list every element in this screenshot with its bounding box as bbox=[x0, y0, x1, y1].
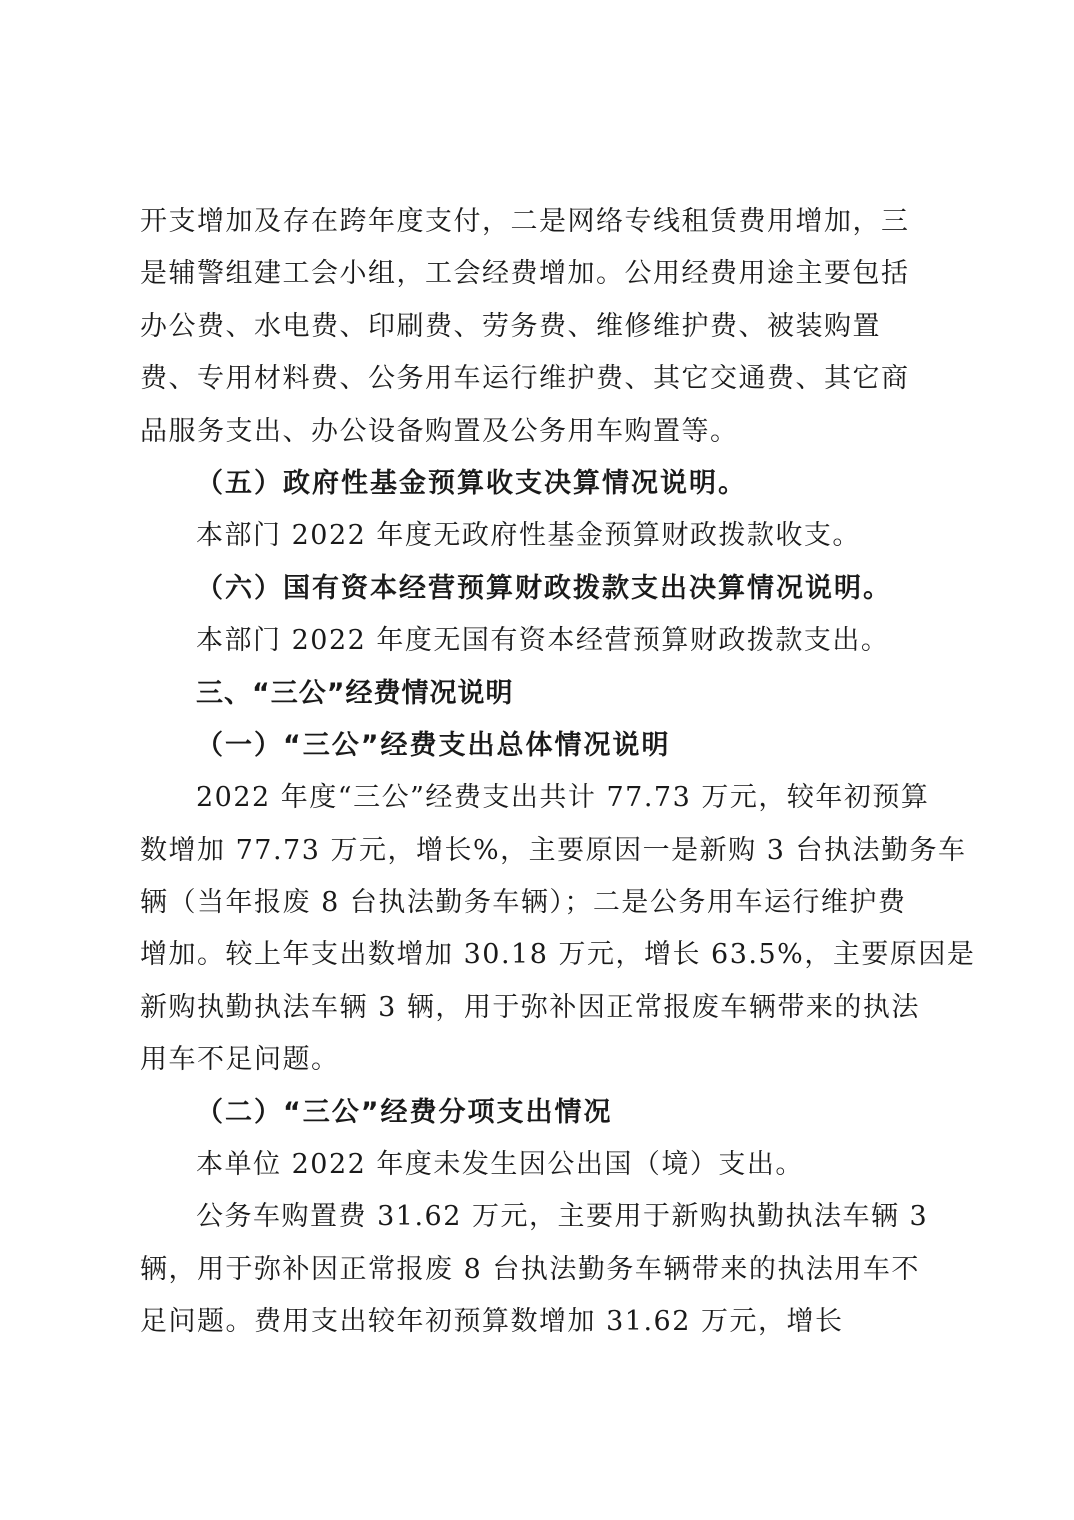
text-line: 办公费、水电费、印刷费、劳务费、维修维护费、被装购置 bbox=[140, 301, 940, 353]
document-page: 开支增加及存在跨年度支付，二是网络专线租赁费用增加，三 是辅警组建工会小组，工会… bbox=[140, 196, 940, 1349]
text-line: 费、专用材料费、公务用车运行维护费、其它交通费、其它商 bbox=[140, 353, 940, 405]
section-5-heading: （五）政府性基金预算收支决算情况说明。 bbox=[140, 458, 940, 510]
subsection-2-heading: （二）“三公”经费分项支出情况 bbox=[140, 1087, 940, 1139]
text-line: 品服务支出、办公设备购置及公务用车购置等。 bbox=[140, 406, 940, 458]
subsection-2-para-1: 本单位 2022 年度未发生因公出国（境）支出。 bbox=[140, 1139, 940, 1191]
section-6-body: 本部门 2022 年度无国有资本经营预算财政拨款支出。 bbox=[140, 615, 940, 667]
paragraph-public-expenses: 开支增加及存在跨年度支付，二是网络专线租赁费用增加，三 是辅警组建工会小组，工会… bbox=[140, 196, 940, 458]
text-line: 新购执勤执法车辆 3 辆，用于弥补因正常报废车辆带来的执法 bbox=[140, 982, 940, 1034]
text-line: 2022 年度“三公”经费支出共计 77.73 万元，较年初预算 bbox=[140, 772, 940, 824]
section-5-body: 本部门 2022 年度无政府性基金预算财政拨款收支。 bbox=[140, 510, 940, 562]
paragraph-three-public-overall: 2022 年度“三公”经费支出共计 77.73 万元，较年初预算 数增加 77.… bbox=[140, 772, 940, 1086]
chapter-3-heading: 三、“三公”经费情况说明 bbox=[140, 668, 940, 720]
text-line: 开支增加及存在跨年度支付，二是网络专线租赁费用增加，三 bbox=[140, 196, 940, 248]
text-line: 辆，用于弥补因正常报废 8 台执法勤务车辆带来的执法用车不 bbox=[140, 1244, 940, 1296]
subsection-1-heading: （一）“三公”经费支出总体情况说明 bbox=[140, 720, 940, 772]
text-line: 增加。较上年支出数增加 30.18 万元，增长 63.5%，主要原因是 bbox=[140, 929, 940, 981]
text-line: 辆（当年报废 8 台执法勤务车辆）；二是公务用车运行维护费 bbox=[140, 877, 940, 929]
paragraph-vehicle-purchase: 公务车购置费 31.62 万元，主要用于新购执勤执法车辆 3 辆，用于弥补因正常… bbox=[140, 1191, 940, 1348]
text-line: 足问题。费用支出较年初预算数增加 31.62 万元，增长 bbox=[140, 1296, 940, 1348]
text-line: 数增加 77.73 万元，增长%，主要原因一是新购 3 台执法勤务车 bbox=[140, 825, 940, 877]
text-line: 公务车购置费 31.62 万元，主要用于新购执勤执法车辆 3 bbox=[140, 1191, 940, 1243]
section-6-heading: （六）国有资本经营预算财政拨款支出决算情况说明。 bbox=[140, 563, 940, 615]
text-line: 用车不足问题。 bbox=[140, 1034, 940, 1086]
text-line: 是辅警组建工会小组，工会经费增加。公用经费用途主要包括 bbox=[140, 248, 940, 300]
